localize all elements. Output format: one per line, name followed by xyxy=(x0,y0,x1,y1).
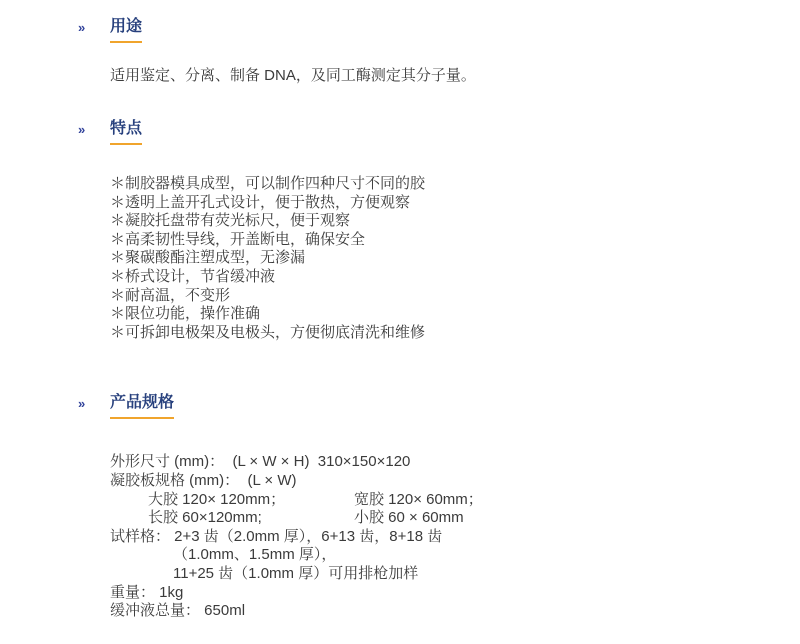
spec-gel-size-right: 宽胶 120× 60mm； xyxy=(354,491,483,510)
spec-line: 外形尺寸 (mm)： (L × W × H) 310×150×120 xyxy=(110,453,770,472)
usage-description: 适用鉴定、分离、制备 DNA，及同工酶测定其分子量。 xyxy=(110,66,770,85)
spec-line: 凝胶板规格 (mm)： (L × W) xyxy=(110,472,770,491)
feature-item: ＊制胶器模具成型，可以制作四种尺寸不同的胶 xyxy=(110,175,770,194)
feature-list: ＊制胶器模具成型，可以制作四种尺寸不同的胶＊透明上盖开孔式设计，便于散热，方便观… xyxy=(110,175,770,342)
section-title-features: 特点 xyxy=(110,120,142,145)
feature-item: ＊限位功能，操作准确 xyxy=(110,305,770,324)
product-document-page: » 用途 适用鉴定、分离、制备 DNA，及同工酶测定其分子量。 » 特点 ＊制胶… xyxy=(0,0,800,644)
spec-list: 外形尺寸 (mm)： (L × W × H) 310×150×120凝胶板规格 … xyxy=(110,453,770,620)
spec-gel-size-right: 小胶 60 × 60mm xyxy=(354,509,464,528)
spec-line: 大胶 120× 120mm；宽胶 120× 60mm； xyxy=(110,491,770,510)
section-features: » 特点 ＊制胶器模具成型，可以制作四种尺寸不同的胶＊透明上盖开孔式设计，便于散… xyxy=(78,120,770,342)
feature-item: ＊耐高温，不变形 xyxy=(110,287,770,306)
spec-line: 试样格： 2+3 齿（2.0mm 厚），6+13 齿，8+18 齿 xyxy=(110,528,770,547)
spec-gel-size-left: 长胶 60×120mm; xyxy=(148,509,262,526)
feature-item: ＊聚碳酸酯注塑成型，无渗漏 xyxy=(110,249,770,268)
spec-line: 重量： 1kg xyxy=(110,584,770,603)
section-title-specs: 产品规格 xyxy=(110,394,174,419)
section-specs: » 产品规格 外形尺寸 (mm)： (L × W × H) 310×150×12… xyxy=(78,394,770,620)
section-bullet-icon: » xyxy=(78,120,110,140)
feature-item: ＊透明上盖开孔式设计，便于散热，方便观察 xyxy=(110,194,770,213)
section-title-usage: 用途 xyxy=(110,18,142,43)
section-features-content: 特点 ＊制胶器模具成型，可以制作四种尺寸不同的胶＊透明上盖开孔式设计，便于散热，… xyxy=(110,120,770,342)
section-usage: » 用途 适用鉴定、分离、制备 DNA，及同工酶测定其分子量。 xyxy=(78,18,770,85)
section-bullet-icon: » xyxy=(78,18,110,38)
section-usage-content: 用途 适用鉴定、分离、制备 DNA，及同工酶测定其分子量。 xyxy=(110,18,770,85)
spec-gel-size-left: 大胶 120× 120mm； xyxy=(148,491,285,508)
feature-item: ＊高柔韧性导线，开盖断电，确保安全 xyxy=(110,231,770,250)
spec-line: 11+25 齿（1.0mm 厚）可用排枪加样 xyxy=(110,565,770,584)
spec-line: 长胶 60×120mm;小胶 60 × 60mm xyxy=(110,509,770,528)
feature-item: ＊可拆卸电极架及电极头，方便彻底清洗和维修 xyxy=(110,324,770,343)
section-bullet-icon: » xyxy=(78,394,110,414)
spec-line: （1.0mm、1.5mm 厚）， xyxy=(110,546,770,565)
section-specs-content: 产品规格 外形尺寸 (mm)： (L × W × H) 310×150×120凝… xyxy=(110,394,770,620)
spec-line: 缓冲液总量： 650ml xyxy=(110,602,770,621)
feature-item: ＊凝胶托盘带有荧光标尺，便于观察 xyxy=(110,212,770,231)
feature-item: ＊桥式设计，节省缓冲液 xyxy=(110,268,770,287)
